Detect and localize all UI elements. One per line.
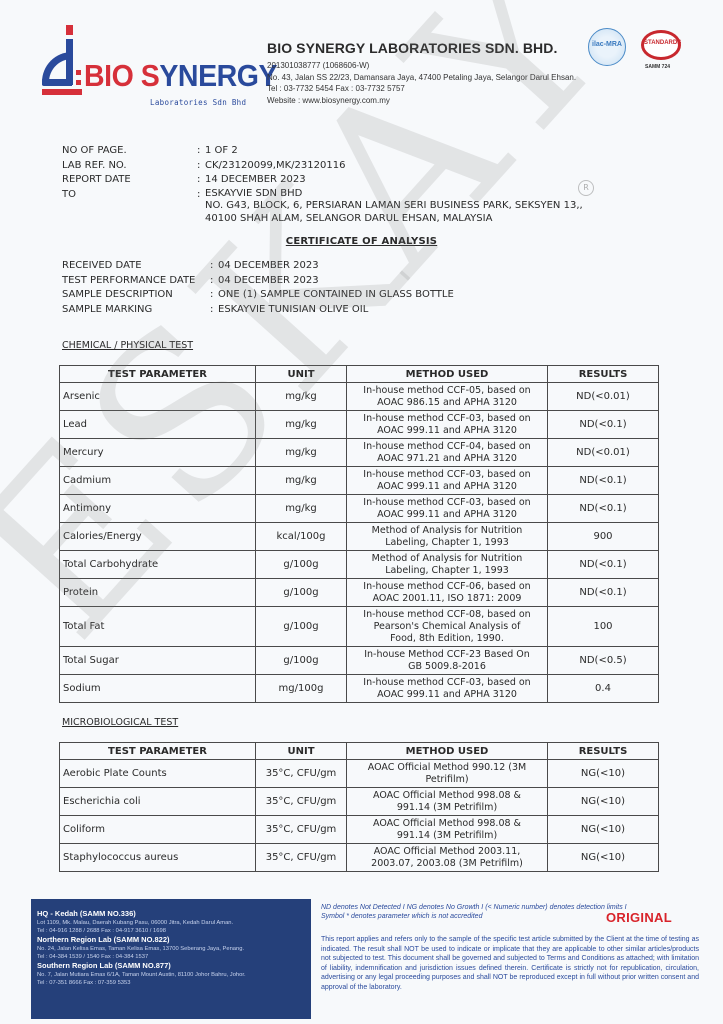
table-row: Cadmiummg/kgIn-house method CCF-03, base…: [60, 467, 659, 495]
company-address: No. 43, Jalan SS 22/23, Damansara Jaya, …: [267, 73, 576, 83]
result-cell: 0.4: [548, 675, 659, 703]
table-row: Proteing/100gIn-house method CCF-06, bas…: [60, 579, 659, 607]
info-test-performance-date: TEST PERFORMANCE DATE:04 DECEMBER 2023: [62, 274, 454, 289]
result-cell: ND(<0.5): [548, 647, 659, 675]
sample-info: RECEIVED DATE:04 DECEMBER 2023 TEST PERF…: [62, 259, 454, 317]
chemical-results-table: TEST PARAMETER UNIT METHOD USED RESULTS …: [59, 365, 659, 703]
result-cell: ND(<0.01): [548, 439, 659, 467]
unit-cell: mg/100g: [256, 675, 347, 703]
registered-mark-icon: R: [578, 180, 594, 196]
test-parameter-cell: Coliform: [60, 816, 256, 844]
method-cell: Method of Analysis for Nutrition Labelin…: [347, 523, 548, 551]
table-row: Aerobic Plate Counts35°C, CFU/gmAOAC Off…: [60, 760, 659, 788]
client-address-line1: NO. G43, BLOCK, 6, PERSIARAN LAMAN SERI …: [205, 200, 583, 213]
result-cell: NG(<10): [548, 844, 659, 872]
header-unit: UNIT: [256, 366, 347, 383]
table-header-row: TEST PARAMETER UNIT METHOD USED RESULTS: [60, 743, 659, 760]
original-stamp: ORIGINAL: [606, 910, 672, 925]
unit-cell: g/100g: [256, 551, 347, 579]
method-cell: In-house method CCF-03, based on AOAC 99…: [347, 467, 548, 495]
test-parameter-cell: Total Sugar: [60, 647, 256, 675]
footer-lab-locations: HQ - Kedah (SAMM NO.336) Lot 1109, Mk. M…: [31, 899, 311, 1019]
company-contact: Tel : 03-7732 5454 Fax : 03-7732 5757: [267, 84, 576, 94]
test-parameter-cell: Mercury: [60, 439, 256, 467]
unit-cell: mg/kg: [256, 411, 347, 439]
microscope-icon-arc: [42, 52, 72, 86]
logo-subtitle: Laboratories Sdn Bhd: [150, 98, 246, 107]
method-cell: In-house method CCF-05, based on AOAC 98…: [347, 383, 548, 411]
method-cell: AOAC Official Method 998.08 & 991.14 (3M…: [347, 816, 548, 844]
info-report-date: REPORT DATE:14 DECEMBER 2023: [62, 173, 583, 188]
test-parameter-cell: Escherichia coli: [60, 788, 256, 816]
report-info: NO OF PAGE.:1 OF 2 LAB REF. NO.:CK/23120…: [62, 144, 583, 225]
test-parameter-cell: Antimony: [60, 495, 256, 523]
info-lab-ref: LAB REF. NO.:CK/23120099,MK/23120116: [62, 159, 583, 174]
client-address-line2: 40100 SHAH ALAM, SELANGOR DARUL EHSAN, M…: [205, 213, 583, 226]
ilac-mra-badge-icon: ilac-MRA: [588, 28, 626, 66]
result-cell: ND(<0.1): [548, 579, 659, 607]
info-no-of-page: NO OF PAGE.:1 OF 2: [62, 144, 583, 159]
method-cell: In-house method CCF-03, based on AOAC 99…: [347, 411, 548, 439]
table-row: Escherichia coli35°C, CFU/gmAOAC Officia…: [60, 788, 659, 816]
result-cell: ND(<0.1): [548, 411, 659, 439]
unit-cell: g/100g: [256, 579, 347, 607]
test-parameter-cell: Cadmium: [60, 467, 256, 495]
certificate-title: CERTIFICATE OF ANALYSIS: [0, 236, 723, 247]
result-cell: 100: [548, 607, 659, 647]
unit-cell: 35°C, CFU/gm: [256, 816, 347, 844]
result-cell: ND(<0.1): [548, 551, 659, 579]
header-test-parameter: TEST PARAMETER: [60, 743, 256, 760]
info-to: TO: ESKAYVIE SDN BHD NO. G43, BLOCK, 6, …: [62, 188, 583, 226]
method-cell: In-house method CCF-08, based on Pearson…: [347, 607, 548, 647]
method-cell: In-house method CCF-03, based on AOAC 99…: [347, 675, 548, 703]
test-parameter-cell: Aerobic Plate Counts: [60, 760, 256, 788]
result-cell: ND(<0.1): [548, 495, 659, 523]
microscope-icon-top: [66, 25, 73, 35]
chemical-section-title: CHEMICAL / PHYSICAL TEST: [62, 340, 193, 351]
table-row: Sodiummg/100gIn-house method CCF-03, bas…: [60, 675, 659, 703]
header-test-parameter: TEST PARAMETER: [60, 366, 256, 383]
test-parameter-cell: Lead: [60, 411, 256, 439]
micro-section-title: MICROBIOLOGICAL TEST: [62, 717, 178, 728]
method-cell: In-house Method CCF-23 Based On GB 5009.…: [347, 647, 548, 675]
test-parameter-cell: Total Fat: [60, 607, 256, 647]
certificate-page: BIO SYNERGY Laboratories Sdn Bhd BIO SYN…: [0, 0, 723, 1024]
table-row: Arsenicmg/kgIn-house method CCF-05, base…: [60, 383, 659, 411]
unit-cell: mg/kg: [256, 383, 347, 411]
table-row: Antimonymg/kgIn-house method CCF-03, bas…: [60, 495, 659, 523]
method-cell: AOAC Official Method 998.08 & 991.14 (3M…: [347, 788, 548, 816]
header-method-used: METHOD USED: [347, 366, 548, 383]
company-registration: 201301038777 (1068606-W): [267, 61, 576, 71]
table-row: Total Carbohydrateg/100gMethod of Analys…: [60, 551, 659, 579]
header-results: RESULTS: [548, 366, 659, 383]
standards-malaysia-badge-icon: STANDARDS: [641, 30, 681, 60]
method-cell: Method of Analysis for Nutrition Labelin…: [347, 551, 548, 579]
test-parameter-cell: Arsenic: [60, 383, 256, 411]
client-name: ESKAYVIE SDN BHD: [205, 188, 583, 201]
microscope-icon-base: [42, 89, 82, 95]
table-row: Staphylococcus aureus35°C, CFU/gmAOAC Of…: [60, 844, 659, 872]
footer-disclaimer: This report applies and refers only to t…: [321, 935, 699, 992]
unit-cell: mg/kg: [256, 439, 347, 467]
info-sample-marking: SAMPLE MARKING:ESKAYVIE TUNISIAN OLIVE O…: [62, 303, 454, 318]
header-method-used: METHOD USED: [347, 743, 548, 760]
result-cell: NG(<10): [548, 816, 659, 844]
unit-cell: 35°C, CFU/gm: [256, 844, 347, 872]
method-cell: AOAC Official Method 2003.11, 2003.07, 2…: [347, 844, 548, 872]
table-row: Calories/Energykcal/100gMethod of Analys…: [60, 523, 659, 551]
company-website: Website : www.biosynergy.com.my: [267, 96, 576, 106]
unit-cell: mg/kg: [256, 467, 347, 495]
method-cell: In-house method CCF-06, based on AOAC 20…: [347, 579, 548, 607]
table-row: Total Sugarg/100gIn-house Method CCF-23 …: [60, 647, 659, 675]
method-cell: In-house method CCF-04, based on AOAC 97…: [347, 439, 548, 467]
result-cell: ND(<0.01): [548, 383, 659, 411]
microbiological-results-table: TEST PARAMETER UNIT METHOD USED RESULTS …: [59, 742, 659, 872]
result-cell: 900: [548, 523, 659, 551]
company-name: BIO SYNERGY LABORATORIES SDN. BHD.: [267, 40, 576, 56]
unit-cell: kcal/100g: [256, 523, 347, 551]
table-header-row: TEST PARAMETER UNIT METHOD USED RESULTS: [60, 366, 659, 383]
unit-cell: g/100g: [256, 607, 347, 647]
info-received-date: RECEIVED DATE:04 DECEMBER 2023: [62, 259, 454, 274]
table-row: Mercurymg/kgIn-house method CCF-04, base…: [60, 439, 659, 467]
test-parameter-cell: Calories/Energy: [60, 523, 256, 551]
bio-synergy-logo: BIO SYNERGY Laboratories Sdn Bhd: [38, 22, 263, 112]
logo-brand-text: BIO SYNERGY: [84, 60, 277, 91]
header-results: RESULTS: [548, 743, 659, 760]
footer-lab-hq: HQ - Kedah (SAMM NO.336) Lot 1109, Mk. M…: [37, 909, 305, 935]
test-parameter-cell: Staphylococcus aureus: [60, 844, 256, 872]
info-sample-description: SAMPLE DESCRIPTION:ONE (1) SAMPLE CONTAI…: [62, 288, 454, 303]
unit-cell: g/100g: [256, 647, 347, 675]
header-unit: UNIT: [256, 743, 347, 760]
result-cell: NG(<10): [548, 760, 659, 788]
table-row: Total Fatg/100gIn-house method CCF-08, b…: [60, 607, 659, 647]
result-cell: ND(<0.1): [548, 467, 659, 495]
unit-cell: mg/kg: [256, 495, 347, 523]
test-parameter-cell: Sodium: [60, 675, 256, 703]
table-row: Coliform35°C, CFU/gmAOAC Official Method…: [60, 816, 659, 844]
result-cell: NG(<10): [548, 788, 659, 816]
footer-lab-southern: Southern Region Lab (SAMM NO.877) No. 7,…: [37, 961, 305, 987]
method-cell: In-house method CCF-03, based on AOAC 99…: [347, 495, 548, 523]
test-parameter-cell: Protein: [60, 579, 256, 607]
table-row: Leadmg/kgIn-house method CCF-03, based o…: [60, 411, 659, 439]
method-cell: AOAC Official Method 990.12 (3M Petrifil…: [347, 760, 548, 788]
unit-cell: 35°C, CFU/gm: [256, 788, 347, 816]
company-info: BIO SYNERGY LABORATORIES SDN. BHD. 20130…: [267, 40, 576, 105]
unit-cell: 35°C, CFU/gm: [256, 760, 347, 788]
footer-lab-northern: Northern Region Lab (SAMM NO.822) No. 24…: [37, 935, 305, 961]
test-parameter-cell: Total Carbohydrate: [60, 551, 256, 579]
samm-number: SAMM 724: [645, 64, 670, 70]
